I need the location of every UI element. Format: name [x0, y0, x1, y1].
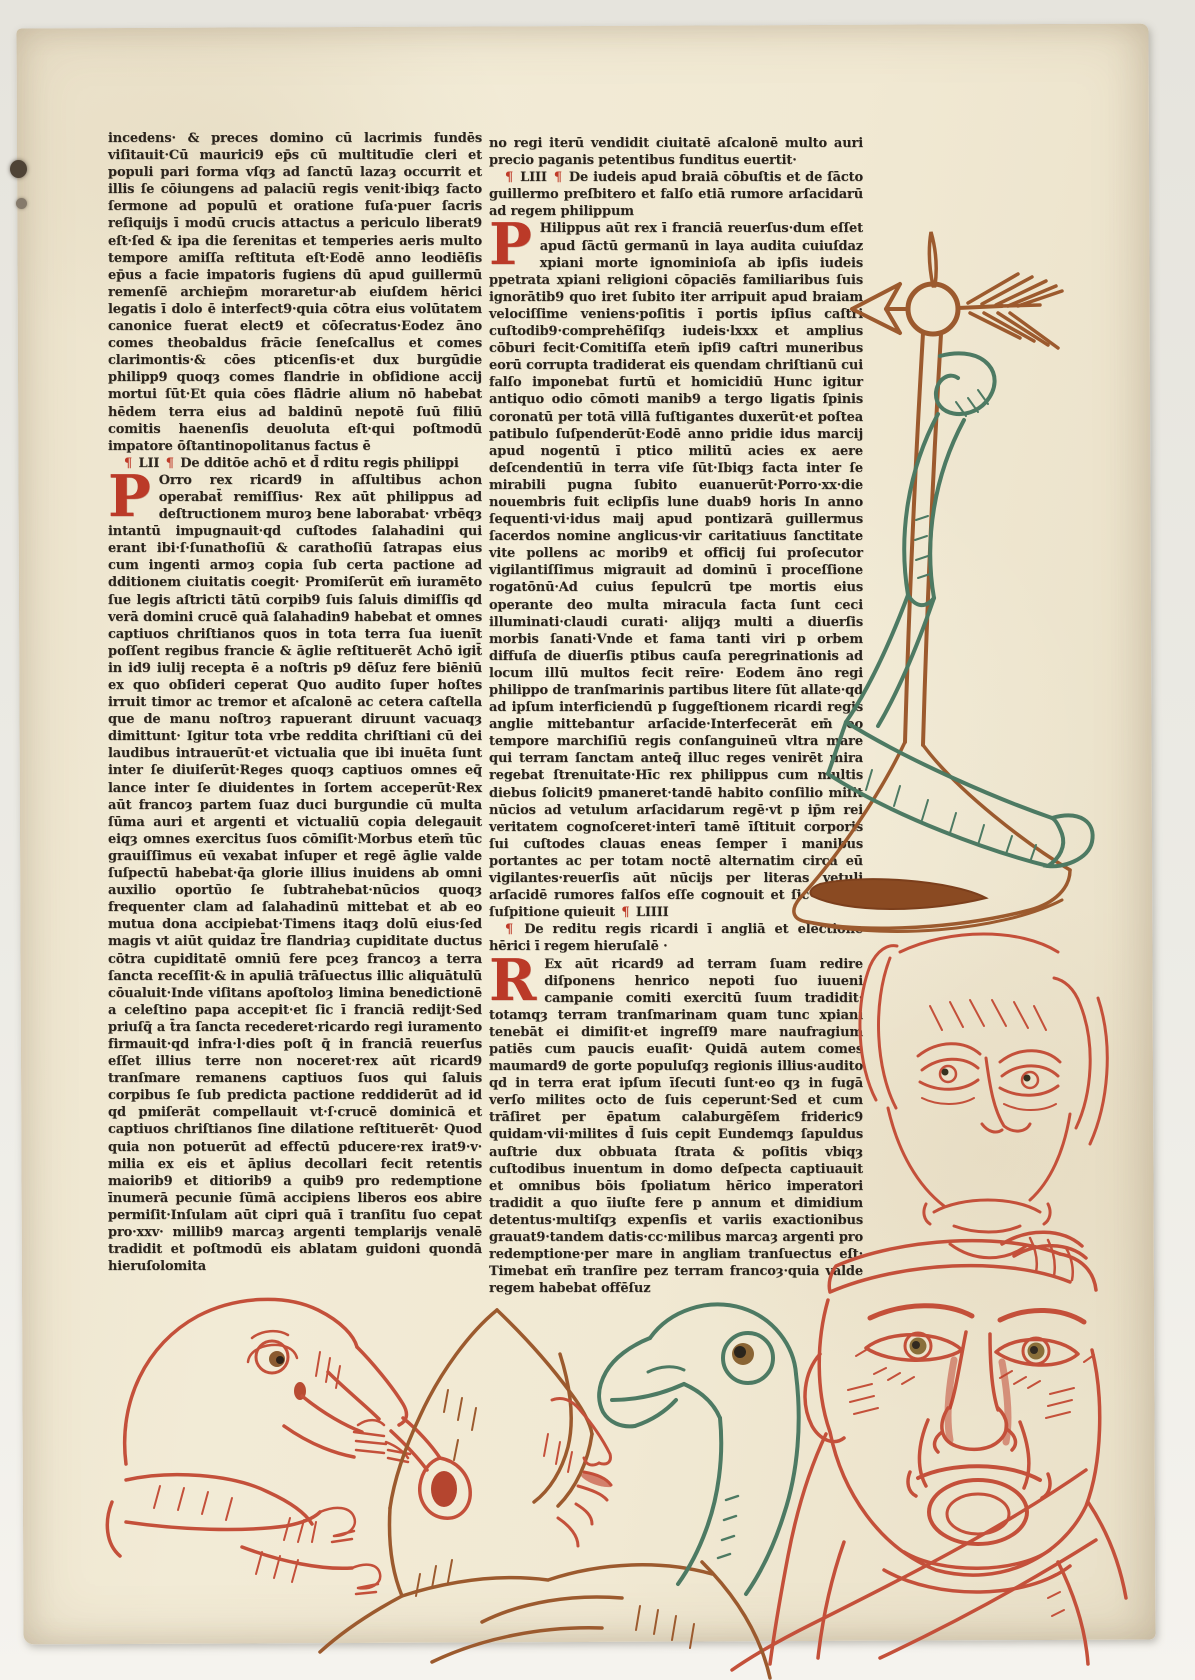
- rubricated-initial: P: [108, 472, 159, 522]
- rubricated-initial: P: [489, 220, 540, 270]
- scanned-incunabulum-page: { "document": { "kind": "incunabulum chr…: [0, 0, 1195, 1680]
- text-column-left: incedens· & preces domino cū lacrimis fu…: [108, 130, 482, 1275]
- text-column-right: no regi iterū vendidit ciuitatē aſcalonē…: [489, 135, 863, 1297]
- pilcrow-mark: ¶: [503, 922, 515, 937]
- binding-hole: [10, 160, 27, 178]
- text-paragraph: incedens· & preces domino cū lacrimis fu…: [108, 130, 482, 455]
- pilcrow-mark: ¶: [503, 170, 515, 185]
- rubric-line: ¶ LIII ¶ De iudeis apud braiā cōbuſtis e…: [489, 169, 863, 220]
- text-paragraph: PHilippus aūt rex ī franciā reuerſus·dum…: [489, 220, 863, 921]
- rubricated-initial: R: [489, 956, 544, 1006]
- text-paragraph: POrro rex ricard9 in aſſultibus achon op…: [108, 472, 482, 1275]
- rubric-line: ¶ LII ¶ De dditōe achō et d̄ rditu regis…: [108, 455, 482, 472]
- rubric-line: ¶ De reditu regis ricardi ī angliā et el…: [489, 921, 863, 955]
- pilcrow-mark: ¶: [552, 170, 564, 185]
- pilcrow-mark: ¶: [619, 905, 631, 920]
- text-paragraph: no regi iterū vendidit ciuitatē aſcalonē…: [489, 135, 863, 169]
- text-paragraph: REx aūt ricard9 ad terram ſuam redire di…: [489, 956, 863, 1298]
- binding-hole: [16, 198, 27, 209]
- pilcrow-mark: ¶: [122, 456, 134, 471]
- pilcrow-mark: ¶: [164, 456, 176, 471]
